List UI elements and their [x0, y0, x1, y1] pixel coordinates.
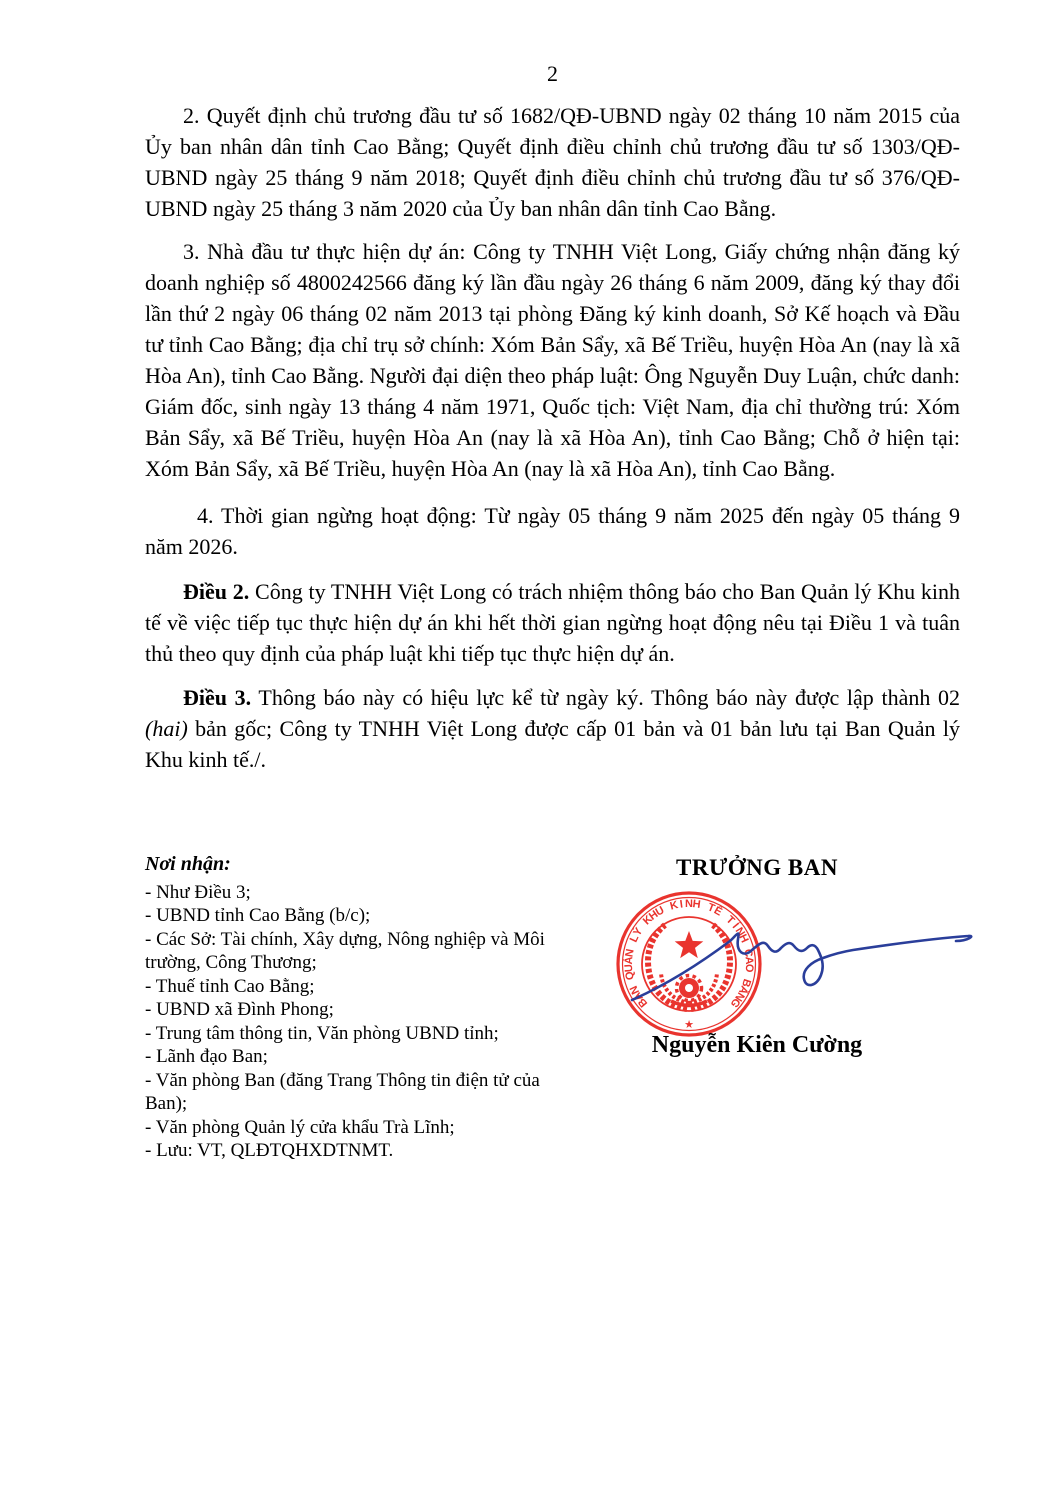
recipient-item: - Văn phòng Quản lý cửa khẩu Trà Lĩnh; [145, 1116, 570, 1140]
article-3-text-2: bản gốc; Công ty TNHH Việt Long được cấp… [145, 716, 960, 772]
article-3-italic: (hai) [145, 716, 188, 741]
recipient-item: - Văn phòng Ban (đăng Trang Thông tin đi… [145, 1069, 570, 1116]
stamp-bottom-star-icon: ★ [684, 1019, 694, 1031]
paragraph-4-text: 4. Thời gian ngừng hoạt động: Từ ngày 05… [145, 503, 960, 559]
recipients-header: Nơi nhận: [145, 853, 570, 877]
recipient-item: - Thuế tỉnh Cao Bằng; [145, 975, 570, 999]
article-3-lead: Điều 3. [183, 685, 251, 710]
paragraph-2: 2. Quyết định chủ trương đầu tư số 1682/… [145, 100, 960, 224]
recipient-item: - Các Sở: Tài chính, Xây dựng, Nông nghi… [145, 928, 570, 975]
svg-text:H: H [692, 898, 701, 911]
signature-title: TRƯỞNG BAN [597, 855, 917, 881]
article-2: Điều 2. Công ty TNHH Việt Long có trách … [145, 576, 960, 669]
article-3: Điều 3. Thông báo này có hiệu lực kể từ … [145, 682, 960, 775]
recipient-item: - Trung tâm thông tin, Văn phòng UBND tỉ… [145, 1022, 570, 1046]
recipients-block: Nơi nhận: - Như Điều 3; - UBND tỉnh Cao … [145, 853, 570, 1163]
recipient-item: - Lãnh đạo Ban; [145, 1045, 570, 1069]
paragraph-3: 3. Nhà đầu tư thực hiện dự án: Công ty T… [145, 236, 960, 484]
paragraph-3-text: 3. Nhà đầu tư thực hiện dự án: Công ty T… [145, 239, 960, 481]
article-2-lead: Điều 2. [183, 579, 249, 604]
svg-text:O: O [743, 963, 756, 973]
stamp-rings [618, 893, 760, 1035]
official-stamp: BAN QUẢN LÝ KHU KINH TẾ TỈNH CAO BẰNG ★ [614, 889, 764, 1039]
paragraph-4: 4. Thời gian ngừng hoạt động: Từ ngày 05… [145, 500, 960, 562]
article-3-text-1: Thông báo này có hiệu lực kể từ ngày ký.… [251, 685, 960, 710]
svg-text:N: N [623, 948, 636, 958]
signer-name: Nguyễn Kiên Cường [597, 1032, 917, 1059]
svg-text:K: K [669, 899, 680, 913]
svg-text:I: I [679, 898, 684, 910]
recipient-item: - Như Điều 3; [145, 881, 570, 905]
recipient-item: - UBND tỉnh Cao Bằng (b/c); [145, 904, 570, 928]
paragraph-2-text: 2. Quyết định chủ trương đầu tư số 1682/… [145, 103, 960, 221]
document-body: 2 2. Quyết định chủ trương đầu tư số 168… [145, 60, 960, 775]
page-number: 2 [145, 60, 960, 88]
article-2-text: Công ty TNHH Việt Long có trách nhiệm th… [145, 579, 960, 666]
recipient-item: - Lưu: VT, QLĐTQHXDTNMT. [145, 1139, 570, 1163]
national-emblem-icon [648, 925, 730, 1009]
recipient-item: - UBND xã Đình Phong; [145, 998, 570, 1022]
document-page: 2 2. Quyết định chủ trương đầu tư số 168… [0, 0, 1060, 1500]
